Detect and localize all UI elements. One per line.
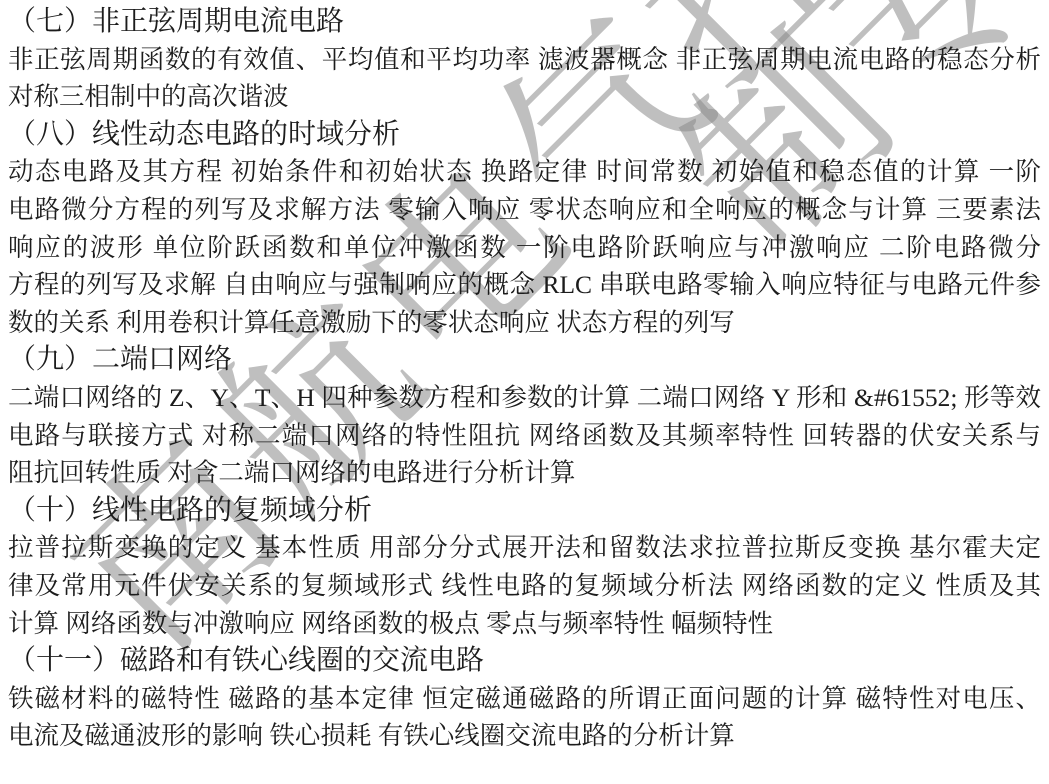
section-heading: （九）二端口网络 <box>8 341 1041 379</box>
section-heading: （七）非正弦周期电流电路 <box>8 3 1041 41</box>
text-line: 动态电路及其方程 初始条件和初始状态 换路定律 时间常数 初始值和稳态值的计算 … <box>8 153 1041 191</box>
text-line: 对称三相制中的高次谐波 <box>8 78 1041 116</box>
document-text: （七）非正弦周期电流电路非正弦周期函数的有效值、平均值和平均功率 滤波器概念 非… <box>8 3 1041 755</box>
section-heading: （八）线性动态电路的时域分析 <box>8 116 1041 154</box>
text-line: 阻抗回转性质 对含二端口网络的电路进行分析计算 <box>8 454 1041 492</box>
text-line: 二端口网络的 Z、Y、T、H 四种参数方程和参数的计算 二端口网络 Y 形和 &… <box>8 379 1041 417</box>
text-line: 拉普拉斯变换的定义 基本性质 用部分分式展开法和留数法求拉普拉斯反变换 基尔霍夫… <box>8 529 1041 567</box>
section-heading: （十一）磁路和有铁心线圈的交流电路 <box>8 642 1041 680</box>
text-line: 计算 网络函数与冲激响应 网络函数的极点 零点与频率特性 幅频特性 <box>8 605 1041 643</box>
text-line: 响应的波形 单位阶跃函数和单位冲激函数 一阶电路阶跃响应与冲激响应 二阶电路微分 <box>8 229 1041 267</box>
text-line: 电路微分方程的列写及求解方法 零输入响应 零状态响应和全响应的概念与计算 三要素… <box>8 191 1041 229</box>
text-line: 电路与联接方式 对称二端口网络的特性阻抗 网络函数及其频率特性 回转器的伏安关系… <box>8 417 1041 455</box>
text-line: 电流及磁通波形的影响 铁心损耗 有铁心线圈交流电路的分析计算 <box>8 717 1041 755</box>
document-page: 南航电气控制专用 （七）非正弦周期电流电路非正弦周期函数的有效值、平均值和平均功… <box>0 0 1049 784</box>
text-line: 非正弦周期函数的有效值、平均值和平均功率 滤波器概念 非正弦周期电流电路的稳态分… <box>8 41 1041 79</box>
text-line: 方程的列写及求解 自由响应与强制响应的概念 RLC 串联电路零输入响应特征与电路… <box>8 266 1041 304</box>
text-line: 铁磁材料的磁特性 磁路的基本定律 恒定磁通磁路的所谓正面问题的计算 磁特性对电压… <box>8 680 1041 718</box>
text-line: 律及常用元件伏安关系的复频域形式 线性电路的复频域分析法 网络函数的定义 性质及… <box>8 567 1041 605</box>
section-heading: （十）线性电路的复频域分析 <box>8 492 1041 530</box>
text-line: 数的关系 利用卷积计算任意激励下的零状态响应 状态方程的列写 <box>8 304 1041 342</box>
